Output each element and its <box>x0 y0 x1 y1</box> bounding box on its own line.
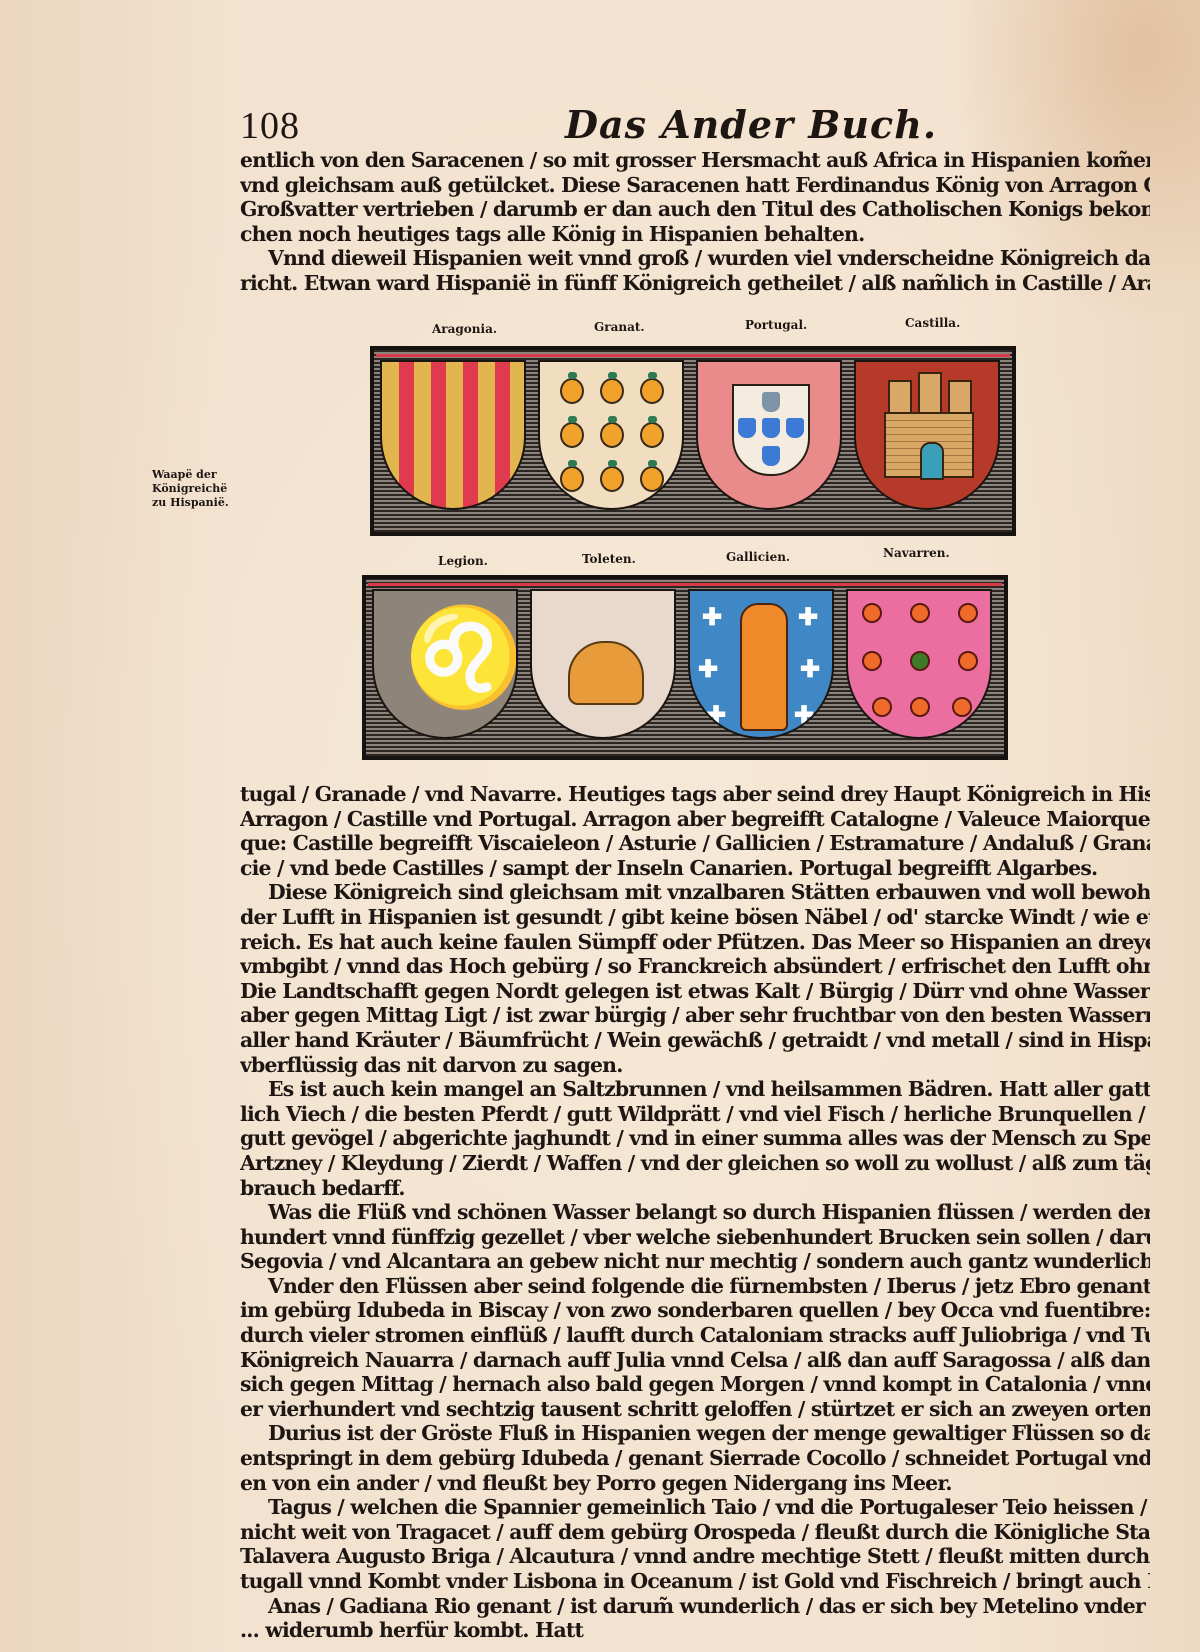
chalice-icon <box>740 603 788 731</box>
text-line: aber gegen Mittag Ligt / ist zwar bürgig… <box>240 1003 1150 1028</box>
marginal-note-line: Königreichë <box>152 482 229 496</box>
text-line: tugal / Granade / vnd Navarre. Heutiges … <box>240 782 1150 807</box>
marginal-note: Waapë der Königreichë zu Hispanië. <box>152 468 229 510</box>
text-line: cie / vnd bede Castilles / sampt der Ins… <box>240 856 1150 881</box>
text-line: aller hand Kräuter / Bäumfrücht / Wein g… <box>240 1028 1150 1053</box>
text-line: chen noch heutiges tags alle König in Hi… <box>240 222 1150 247</box>
arms-label-toleten: Toleten. <box>582 552 636 566</box>
text-line: Artzney / Kleydung / Zierdt / Waffen / v… <box>240 1151 1150 1176</box>
text-line: Was die Flüß vnd schönen Wasser belangt … <box>240 1200 1150 1225</box>
text-line: nicht weit von Tragacet / auff dem gebür… <box>240 1520 1150 1545</box>
text-line: Großvatter vertrieben / darumb er dan au… <box>240 197 1150 222</box>
text-line: entlich von den Saracenen / so mit gross… <box>240 148 1150 173</box>
text-line: Diese Königreich sind gleichsam mit vnza… <box>240 880 1150 905</box>
shield-granada-icon <box>538 360 684 510</box>
text-line: vberflüssig das nit darvon zu sagen. <box>240 1053 1150 1078</box>
text-line: vnd gleichsam auß getülcket. Diese Sarac… <box>240 173 1150 198</box>
shield-aragon-icon <box>380 360 526 510</box>
page-header: 108 Das Ander Buch. <box>240 104 1100 154</box>
text-line: en von ein ander / vnd fleußt bey Porro … <box>240 1471 1150 1496</box>
text-line: que: Castille begreifft Viscaieleon / As… <box>240 831 1150 856</box>
text-line: Vnder den Flüssen aber seind folgende di… <box>240 1274 1150 1299</box>
text-line: brauch bedarff. <box>240 1176 1150 1201</box>
text-line: der Lufft in Hispanien ist gesundt / gib… <box>240 905 1150 930</box>
text-line: richt. Etwan ward Hispanië in fünff Köni… <box>240 271 1150 296</box>
arms-label-portugal: Portugal. <box>745 318 807 332</box>
text-line: reich. Es hat auch keine faulen Sümpff o… <box>240 930 1150 955</box>
marginal-note-line: zu Hispanië. <box>152 496 229 510</box>
text-line: Arragon / Castille vnd Portugal. Arragon… <box>240 807 1150 832</box>
text-line: tugall vnnd Kombt vnder Lisbona in Ocean… <box>240 1569 1150 1594</box>
text-line: Die Landtschafft gegen Nordt gelegen ist… <box>240 979 1150 1004</box>
frame-redline <box>376 354 1010 357</box>
text-line: entspringt in dem gebürg Idubeda / genan… <box>240 1446 1150 1471</box>
frame-redline <box>368 583 1002 586</box>
book-page: 108 Das Ander Buch. entlich von den Sara… <box>0 0 1200 1652</box>
text-line: Königreich Nauarra / darnach auff Julia … <box>240 1348 1150 1373</box>
marginal-note-line: Waapë der <box>152 468 229 482</box>
shield-navarra-icon <box>846 589 992 739</box>
arms-label-castilla: Castilla. <box>905 316 960 330</box>
text-line: im gebürg Idubeda in Biscay / von zwo so… <box>240 1298 1150 1323</box>
text-line: lich Viech / die besten Pferdt / gutt Wi… <box>240 1102 1150 1127</box>
lion-rampant-icon: ♌ <box>404 609 518 705</box>
text-line: durch vieler stromen einflüß / laufft du… <box>240 1323 1150 1348</box>
shield-portugal-icon <box>696 360 842 510</box>
text-line: Durius ist der Gröste Fluß in Hispanien … <box>240 1421 1150 1446</box>
arms-label-aragonia: Aragonia. <box>432 322 497 336</box>
shield-galicia-icon: ✚ ✚ ✚ ✚ ✚ ✚ <box>688 589 834 739</box>
text-block-bottom: tugal / Granade / vnd Navarre. Heutiges … <box>240 782 1150 1643</box>
text-line: sich gegen Mittag / hernach also bald ge… <box>240 1372 1150 1397</box>
shield-castilla-icon <box>854 360 1000 510</box>
text-line: ... widerumb herfür kombt. Hatt <box>240 1618 1150 1643</box>
arms-label-gallicien: Gallicien. <box>726 550 790 564</box>
arms-label-legion: Legion. <box>438 554 488 568</box>
text-line: Vnnd dieweil Hispanien weit vnnd groß / … <box>240 246 1150 271</box>
shield-leon-icon: ♌ <box>372 589 518 739</box>
text-line: Segovia / vnd Alcantara an gebew nicht n… <box>240 1249 1150 1274</box>
text-line: vmbgibt / vnnd das Hoch gebürg / so Fran… <box>240 954 1150 979</box>
running-head: Das Ander Buch. <box>565 102 937 147</box>
text-line: Anas / Gadiana Rio genant / ist darum̃ w… <box>240 1594 1150 1619</box>
text-block-top: entlich von den Saracenen / so mit gross… <box>240 148 1150 296</box>
page-number: 108 <box>240 104 300 148</box>
shield-toledo-icon <box>530 589 676 739</box>
arms-label-granat: Granat. <box>594 320 645 334</box>
text-line: er vierhundert vnd sechtzig tausent schr… <box>240 1397 1150 1422</box>
coat-of-arms-panel-row1 <box>370 346 1016 536</box>
text-line: gutt gevögel / abgerichte jaghundt / vnd… <box>240 1126 1150 1151</box>
coat-of-arms-panel-row2: ♌ ✚ ✚ ✚ ✚ ✚ ✚ <box>362 575 1008 760</box>
text-line: Talavera Augusto Briga / Alcautura / vnn… <box>240 1544 1150 1569</box>
text-line: Tagus / welchen die Spannier gemeinlich … <box>240 1495 1150 1520</box>
text-line: Es ist auch kein mangel an Saltzbrunnen … <box>240 1077 1150 1102</box>
arms-label-navarren: Navarren. <box>883 546 950 560</box>
text-line: hundert vnnd fünffzig gezellet / vber we… <box>240 1225 1150 1250</box>
crown-icon <box>568 641 644 705</box>
